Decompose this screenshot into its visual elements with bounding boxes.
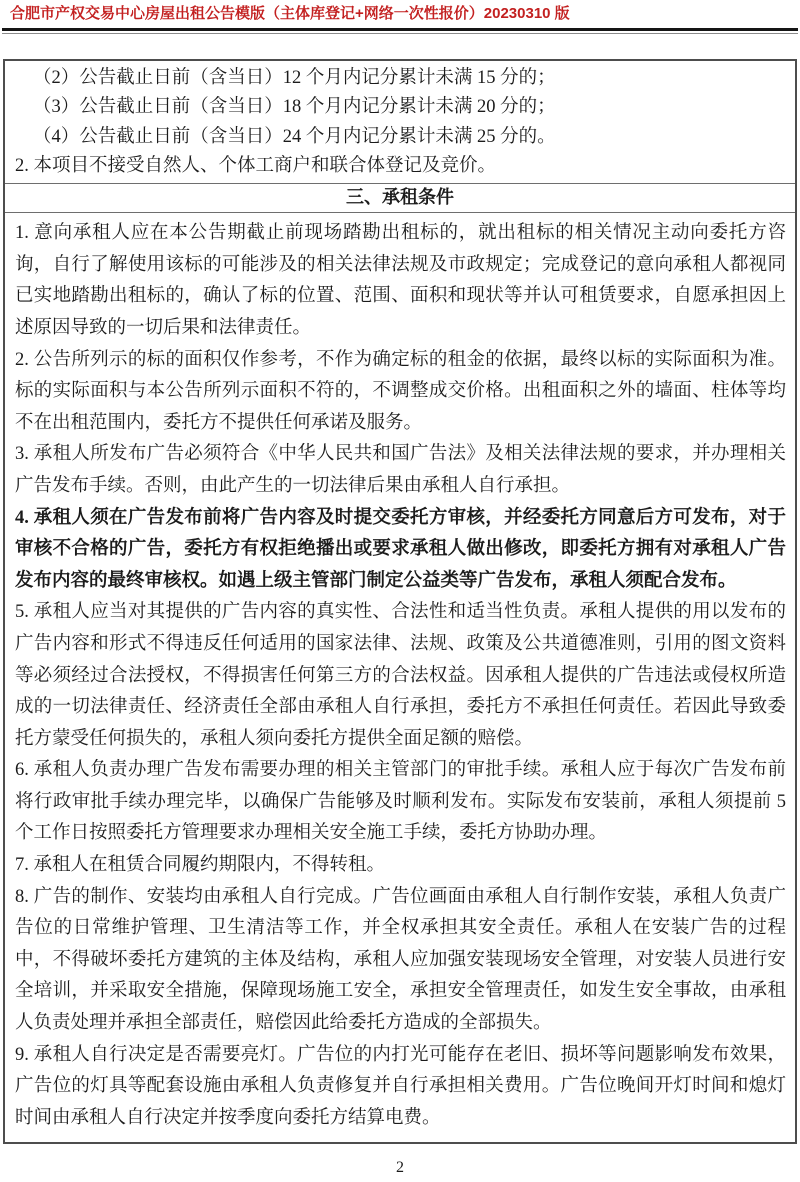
- clause-paragraph: 9. 承租人自行决定是否需要亮灯。广告位的内打光可能存在老旧、损坏等问题影响发布…: [15, 1040, 786, 1135]
- clauses-section: 1. 意向承租人应在本公告期截止前现场踏勘出租标的，就出租标的相关情况主动向委托…: [5, 213, 795, 1142]
- page-number: 2: [0, 1158, 800, 1178]
- page-header-title: 合肥市产权交易中心房屋出租公告模版（主体库登记+网络一次性报价）20230310…: [0, 0, 800, 26]
- clause-paragraph: 3. 承租人所发布广告必须符合《中华人民共和国广告法》及相关法律法规的要求，并办…: [15, 439, 786, 502]
- carryover-item: （3）公告截止日前（含当日）18 个月内记分累计未满 20 分的；: [15, 93, 787, 122]
- clause-paragraph: 7. 承租人在租赁合同履约期限内，不得转租。: [15, 850, 786, 882]
- clause-paragraph: 8. 广告的制作、安装均由承租人自行完成。广告位画面由承租人自行制作安装，承租人…: [15, 882, 786, 1040]
- carryover-item-list: （2）公告截止日前（含当日）12 个月内记分累计未满 15 分的；（3）公告截止…: [15, 64, 787, 152]
- clause-paragraph: 2. 公告所列示的标的面积仅作参考，不作为确定标的租金的依据，最终以标的实际面积…: [15, 345, 786, 440]
- clause-paragraph: 5. 承租人应当对其提供的广告内容的真实性、合法性和适当性负责。承租人提供的用以…: [15, 597, 786, 755]
- carryover-note: 2. 本项目不接受自然人、个体工商户和联合体登记及竞价。: [15, 152, 787, 181]
- clause-paragraph: 4. 承租人须在广告发布前将广告内容及时提交委托方审核，并经委托方同意后方可发布…: [15, 503, 786, 598]
- carryover-section: （2）公告截止日前（含当日）12 个月内记分累计未满 15 分的；（3）公告截止…: [5, 61, 795, 183]
- header-rule: [2, 28, 798, 34]
- announcement-table: （2）公告截止日前（含当日）12 个月内记分累计未满 15 分的；（3）公告截止…: [3, 59, 797, 1144]
- carryover-item: （4）公告截止日前（含当日）24 个月内记分累计未满 25 分的。: [15, 123, 787, 152]
- clause-paragraph: 6. 承租人负责办理广告发布需要办理的相关主管部门的审批手续。承租人应于每次广告…: [15, 755, 786, 850]
- section-title: 三、承租条件: [5, 183, 795, 213]
- carryover-item: （2）公告截止日前（含当日）12 个月内记分累计未满 15 分的；: [15, 64, 787, 93]
- clause-paragraph: 1. 意向承租人应在本公告期截止前现场踏勘出租标的，就出租标的相关情况主动向委托…: [15, 218, 786, 344]
